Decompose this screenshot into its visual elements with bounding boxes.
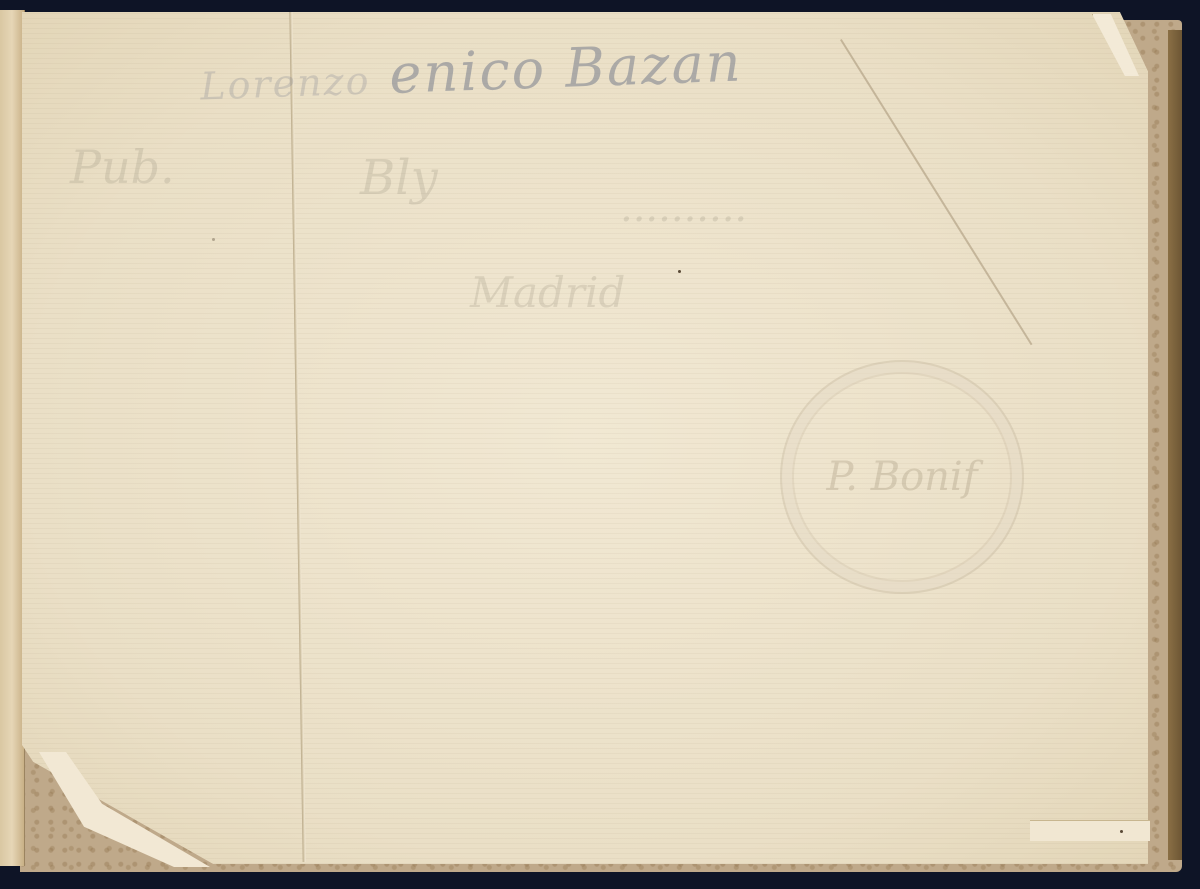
document-scan: Lorenzo enico Bazan Pub. Bly .......... …: [0, 0, 1200, 889]
faint-writing-2: Bly: [360, 150, 438, 206]
ink-speck: [678, 270, 681, 273]
bottom-edge-strip: [1030, 820, 1150, 841]
cover-edge: [1168, 30, 1182, 860]
inscription-name: enico Bazan: [388, 31, 743, 106]
faint-writing-4: Madrid: [470, 268, 625, 317]
faint-writing-3: ..........: [620, 185, 747, 231]
ink-speck: [212, 238, 215, 241]
embossed-seal-icon: P. Bonif: [780, 360, 1024, 594]
faint-writing-1: Pub.: [70, 140, 175, 194]
left-binding-strip: [0, 10, 25, 866]
ink-speck: [1120, 830, 1123, 833]
inscription-prefix: Lorenzo: [200, 59, 372, 109]
seal-text: P. Bonif: [826, 454, 977, 500]
